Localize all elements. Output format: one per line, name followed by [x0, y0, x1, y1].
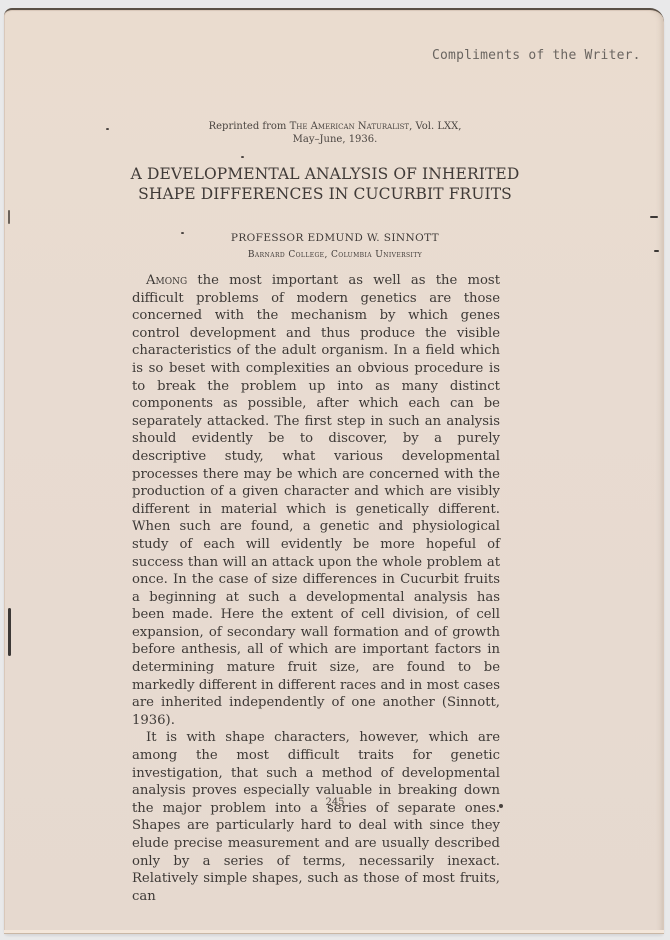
- staple: [8, 608, 11, 656]
- journal-name: The American Naturalist: [290, 121, 410, 132]
- staple-mark: [8, 210, 10, 224]
- paragraph: Among the most important as well as the …: [132, 272, 500, 729]
- author-affiliation: Barnard College, Columbia University: [0, 250, 670, 260]
- edge-mark: [650, 216, 658, 218]
- ink-speck: [241, 156, 244, 158]
- article-title: A DEVELOPMENTAL ANALYSIS OF INHERITED SH…: [120, 164, 530, 204]
- reprint-line: Reprinted from The American Naturalist, …: [0, 120, 670, 134]
- article-body: Among the most important as well as the …: [132, 272, 500, 905]
- compliments-stamp: Compliments of the Writer.: [432, 48, 641, 63]
- author-name: PROFESSOR EDMUND W. SINNOTT: [0, 232, 670, 244]
- paragraph-text: the most important as well as the most d…: [132, 273, 500, 728]
- paragraph: It is with shape characters, however, wh…: [132, 729, 500, 905]
- journal-volume: , Vol. LXX,: [409, 121, 461, 132]
- page-number: 245: [0, 797, 670, 808]
- reprint-date: May–June, 1936.: [0, 133, 670, 147]
- reprint-prefix: Reprinted from: [209, 121, 287, 132]
- paragraph-lead-in: Among: [146, 273, 187, 288]
- paragraph-text: It is with shape characters, however, wh…: [132, 730, 500, 903]
